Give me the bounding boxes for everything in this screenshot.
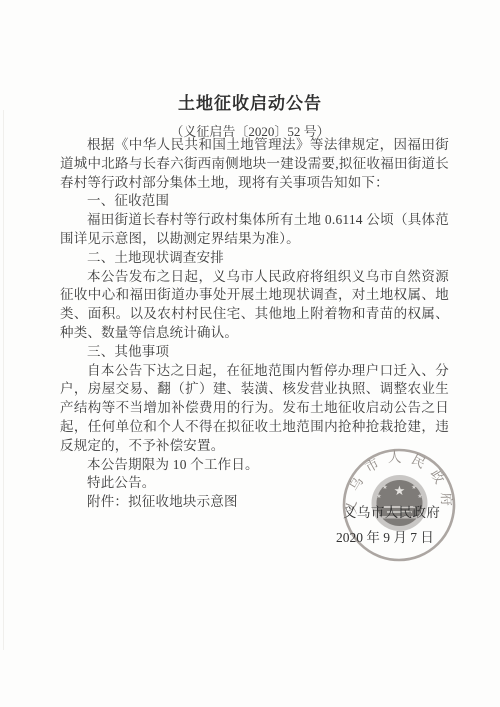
heading-other: 三、其他事项 (60, 343, 449, 362)
page-fold-line (3, 110, 4, 650)
svg-text:★: ★ (411, 484, 416, 491)
svg-text:★: ★ (376, 493, 381, 500)
svg-text:★: ★ (382, 484, 387, 491)
svg-text:★: ★ (417, 493, 422, 500)
signature-date: 2020 年 9 月 7 日 (336, 526, 434, 546)
para-survey: 本公告发布之日起，义乌市人民政府将组织义乌市自然资源征收中心和福田街道办事处开展… (60, 268, 449, 343)
document-title: 土地征收启动公告 (0, 89, 500, 114)
scanned-notice-page: 土地征收启动公告 （义征启告〔2020〕52 号） 根据《中华人民共和国土地管理… (0, 0, 500, 707)
para-intro: 根据《中华人民共和国土地管理法》等法律规定，因福田街道城中北路与长春六街西南侧地… (60, 136, 449, 192)
svg-text:★: ★ (394, 483, 406, 498)
heading-scope: 一、征收范围 (60, 192, 449, 211)
heading-survey: 二、土地现状调查安排 (60, 249, 449, 268)
para-scope: 福田街道长春村等行政村集体所有土地 0.6114 公顷（具体范围详见示意图，以勘… (60, 211, 449, 249)
signature-issuer: 义乌市人民政府 (343, 501, 440, 521)
